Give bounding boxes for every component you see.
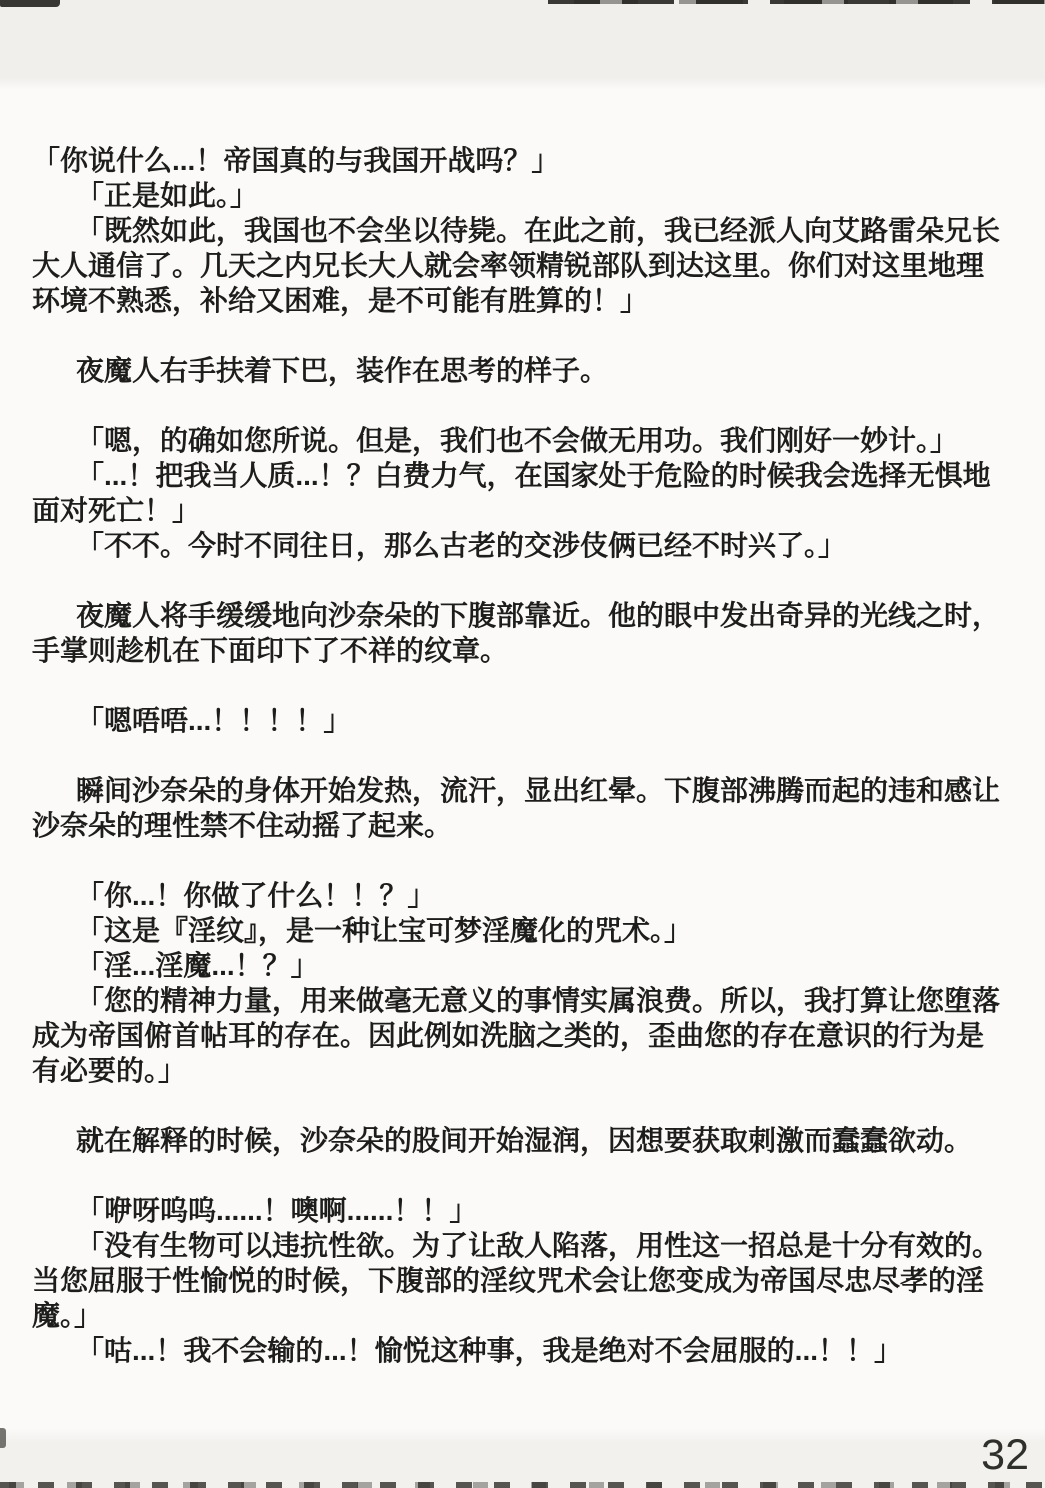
- paragraph: 「正是如此。」: [32, 178, 1027, 213]
- paragraph: 「你...！你做了什么！！？」: [32, 878, 1027, 913]
- text-block: 「嗯唔唔...！！！！」: [32, 703, 1027, 738]
- paragraph: 「...！把我当人质...！？白费力气，在国家处于危险的时候我会选择无惧地 面对…: [32, 458, 1027, 528]
- paragraph: 「您的精神力量，用来做毫无意义的事情实属浪费。所以，我打算让您堕落 成为帝国俯首…: [32, 983, 1027, 1088]
- paragraph: 瞬间沙奈朵的身体开始发热，流汗，显出红晕。下腹部沸腾而起的违和感让 沙奈朵的理性…: [32, 773, 1027, 843]
- text-block: 「你...！你做了什么！！？」「这是『淫纹』，是一种让宝可梦淫魔化的咒术。」「淫…: [32, 878, 1027, 1088]
- scan-edge-bottom-dots: [0, 1482, 1045, 1488]
- text-block: 「咿呀呜呜......！噢啊......！！」「没有生物可以违抗性欲。为了让敌人…: [32, 1193, 1027, 1368]
- paragraph: 「这是『淫纹』，是一种让宝可梦淫魔化的咒术。」: [32, 913, 1027, 948]
- scanned-page: 「你说什么...！帝国真的与我国开战吗？」「正是如此。」「既然如此，我国也不会坐…: [0, 0, 1045, 1488]
- paragraph: 「没有生物可以违抗性欲。为了让敌人陷落，用性这一招总是十分有效的。 当您屈服于性…: [32, 1228, 1027, 1333]
- paragraph: 「嗯唔唔...！！！！」: [32, 703, 1027, 738]
- paragraph: 「淫...淫魔...！？」: [32, 948, 1027, 983]
- scan-edge-top-line: [548, 0, 1045, 4]
- scan-edge-left-mark: [0, 1428, 6, 1448]
- paragraph: 「嗯，的确如您所说。但是，我们也不会做无用功。我们刚好一妙计。」: [32, 423, 1027, 458]
- text-block: 「你说什么...！帝国真的与我国开战吗？」「正是如此。」「既然如此，我国也不会坐…: [32, 143, 1027, 318]
- paragraph: 夜魔人将手缓缓地向沙奈朵的下腹部靠近。他的眼中发出奇异的光线之时， 手掌则趁机在…: [32, 598, 1027, 668]
- text-block: 夜魔人将手缓缓地向沙奈朵的下腹部靠近。他的眼中发出奇异的光线之时， 手掌则趁机在…: [32, 598, 1027, 668]
- paragraph: 就在解释的时候，沙奈朵的股间开始湿润，因想要获取刺激而蠢蠢欲动。: [32, 1123, 1027, 1158]
- page-number: 32: [981, 1434, 1029, 1477]
- paragraph: 夜魔人右手扶着下巴，装作在思考的样子。: [32, 353, 1027, 388]
- scan-bottom-band: [0, 1428, 1045, 1488]
- text-block: 夜魔人右手扶着下巴，装作在思考的样子。: [32, 353, 1027, 388]
- paragraph: 「不不。今时不同往日，那么古老的交涉伎俩已经不时兴了。」: [32, 528, 1027, 563]
- text-block: 瞬间沙奈朵的身体开始发热，流汗，显出红晕。下腹部沸腾而起的违和感让 沙奈朵的理性…: [32, 773, 1027, 843]
- paragraph: 「咿呀呜呜......！噢啊......！！」: [32, 1193, 1027, 1228]
- paragraph: 「既然如此，我国也不会坐以待毙。在此之前，我已经派人向艾路雷朵兄长 大人通信了。…: [32, 213, 1027, 318]
- paragraph: 「咕...！我不会输的...！愉悦这种事，我是绝对不会屈服的...！！」: [32, 1333, 1027, 1368]
- text-block: 「嗯，的确如您所说。但是，我们也不会做无用功。我们刚好一妙计。」「...！把我当…: [32, 423, 1027, 563]
- text-block: 就在解释的时候，沙奈朵的股间开始湿润，因想要获取刺激而蠢蠢欲动。: [32, 1123, 1027, 1158]
- scan-top-band: [0, 0, 1045, 90]
- page-text: 「你说什么...！帝国真的与我国开战吗？」「正是如此。」「既然如此，我国也不会坐…: [32, 143, 1027, 1368]
- paragraph: 「你说什么...！帝国真的与我国开战吗？」: [32, 143, 1027, 178]
- scan-edge-top-left-mark: [0, 0, 60, 7]
